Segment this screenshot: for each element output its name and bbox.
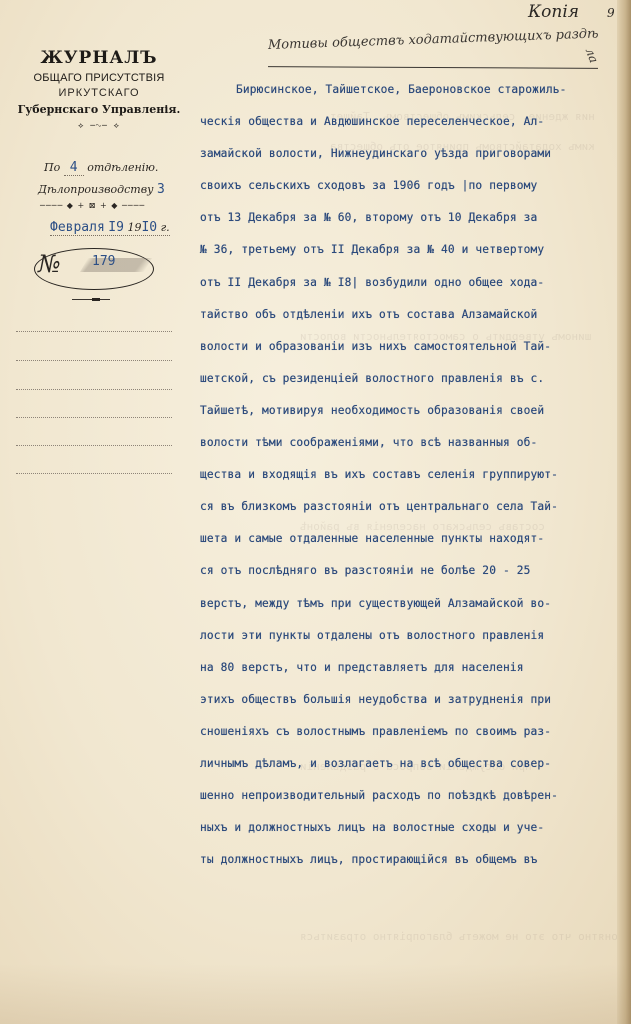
department-suffix: отдѣленію. <box>87 161 158 174</box>
body-line: ты должностныхъ лицъ, простирающійся въ … <box>200 852 600 884</box>
body-line: ныхъ и должностныхъ лицъ на волостные сх… <box>200 820 600 852</box>
body-line: № 36, третьему отъ II Декабря за № 40 и … <box>200 242 600 274</box>
body-line: шетской, съ резиденціей волостного правл… <box>200 371 600 403</box>
body-line: Бирюсинское, Тайшетское, Баероновское ст… <box>200 82 600 114</box>
page-bottom-shading <box>0 964 631 1024</box>
body-line: щества и входящія въ ихъ составъ селенія… <box>200 467 600 499</box>
body-line: тайство объ отдѣленіи ихъ отъ состава Ал… <box>200 307 600 339</box>
letterhead-line-1: ОБЩАГО ПРИСУТСТВІЯ <box>14 72 184 84</box>
body-line: отъ 13 Декабря за № 60, второму отъ 10 Д… <box>200 210 600 242</box>
page-number: 9 <box>607 6 615 20</box>
body-line: на 80 верстъ, что и представляетъ для на… <box>200 660 600 692</box>
margin-dotted-line <box>16 417 172 418</box>
date-field: Февраля I9 19I0 г. <box>50 220 170 236</box>
margin-dotted-line <box>16 389 172 390</box>
body-line: замайской волости, Нижнеудинскаго уѣзда … <box>200 146 600 178</box>
department-field: По 4 отдѣленію. <box>44 160 158 176</box>
body-line: личнымъ дѣламъ, и возлагаетъ на всѣ обще… <box>200 756 600 788</box>
margin-dotted-line <box>16 445 172 446</box>
registry-number-shading <box>80 258 152 272</box>
letterhead-title: ЖУРНАЛЪ <box>14 48 184 68</box>
numero-sign: № <box>38 250 61 278</box>
body-line: лости эти пункты отдалены отъ волостного… <box>200 628 600 660</box>
body-line: волости тѣми соображеніями, что всѣ назв… <box>200 435 600 467</box>
letterhead-line-3: Губернскаго Управленія. <box>14 103 184 116</box>
date-day: I9 <box>108 220 124 235</box>
body-line: своихъ сельскихъ сходовъ за 1906 годъ |п… <box>200 178 600 210</box>
body-line: ческія общества и Авдюшинское переселенч… <box>200 114 600 146</box>
date-month: Февраля <box>50 220 105 235</box>
department-number: 4 <box>64 160 84 176</box>
body-line: волости и образованіи изъ нихъ самостоят… <box>200 339 600 371</box>
body-line: ся отъ послѣдняго въ разстояніи не болѣе… <box>200 563 600 595</box>
department-label: По <box>44 161 60 174</box>
margin-dotted-line <box>16 331 172 332</box>
letterhead-ornament: ⟡ ─∿─ ⟡ <box>14 121 184 131</box>
body-line: шета и самые отдаленные населенные пункт… <box>200 531 600 563</box>
divider-rule <box>72 299 110 300</box>
bleed-through-text: понятно что это не можетъ благопріятно о… <box>300 930 625 943</box>
letterhead: ЖУРНАЛЪ ОБЩАГО ПРИСУТСТВІЯ ИРКУТСКАГО Гу… <box>14 48 184 131</box>
date-year-suffix: I0 <box>141 220 157 235</box>
handwritten-underline <box>268 66 598 69</box>
typed-body: Бирюсинское, Тайшетское, Баероновское ст… <box>200 82 600 884</box>
handwritten-heading-note: Мотивы обществъ ходатайствующихъ раздѣ <box>268 26 599 53</box>
document-page: ния ждение, сельскимъ обществомъ, Тайшет… <box>0 0 631 1024</box>
body-line: верстъ, между тѣмъ при существующей Алза… <box>200 596 600 628</box>
date-g: г. <box>161 221 170 234</box>
handwritten-note-continuation: ла <box>583 46 601 65</box>
body-line: ся въ близкомъ разстояніи отъ центральна… <box>200 499 600 531</box>
clerk-label: Дѣлопроизводству <box>38 183 153 196</box>
margin-dotted-line <box>16 473 172 474</box>
letterhead-line-2: ИРКУТСКАГО <box>14 87 184 99</box>
body-line: сношеніяхъ съ волостнымъ правленіемъ по … <box>200 724 600 756</box>
copy-stamp-handwritten: Копія <box>528 2 579 22</box>
clerk-field: Дѣлопроизводству 3 <box>38 182 165 197</box>
body-line: Тайшетѣ, мотивируя необходимость образов… <box>200 403 600 435</box>
body-line: отъ II Декабря за № I8| возбудили одно о… <box>200 275 600 307</box>
page-binding-edge <box>617 0 631 1024</box>
registry-number: 179 <box>92 254 115 269</box>
body-line: этихъ обществъ большія неудобства и затр… <box>200 692 600 724</box>
date-year-prefix: 19 <box>127 221 141 234</box>
clerk-number: 3 <box>157 182 165 197</box>
body-line: шенно непроизводительный расходъ по поѣз… <box>200 788 600 820</box>
margin-dotted-line <box>16 360 172 361</box>
field-rule-ornament: ──── ◆ + ⊠ + ◆ ──── <box>40 201 145 210</box>
